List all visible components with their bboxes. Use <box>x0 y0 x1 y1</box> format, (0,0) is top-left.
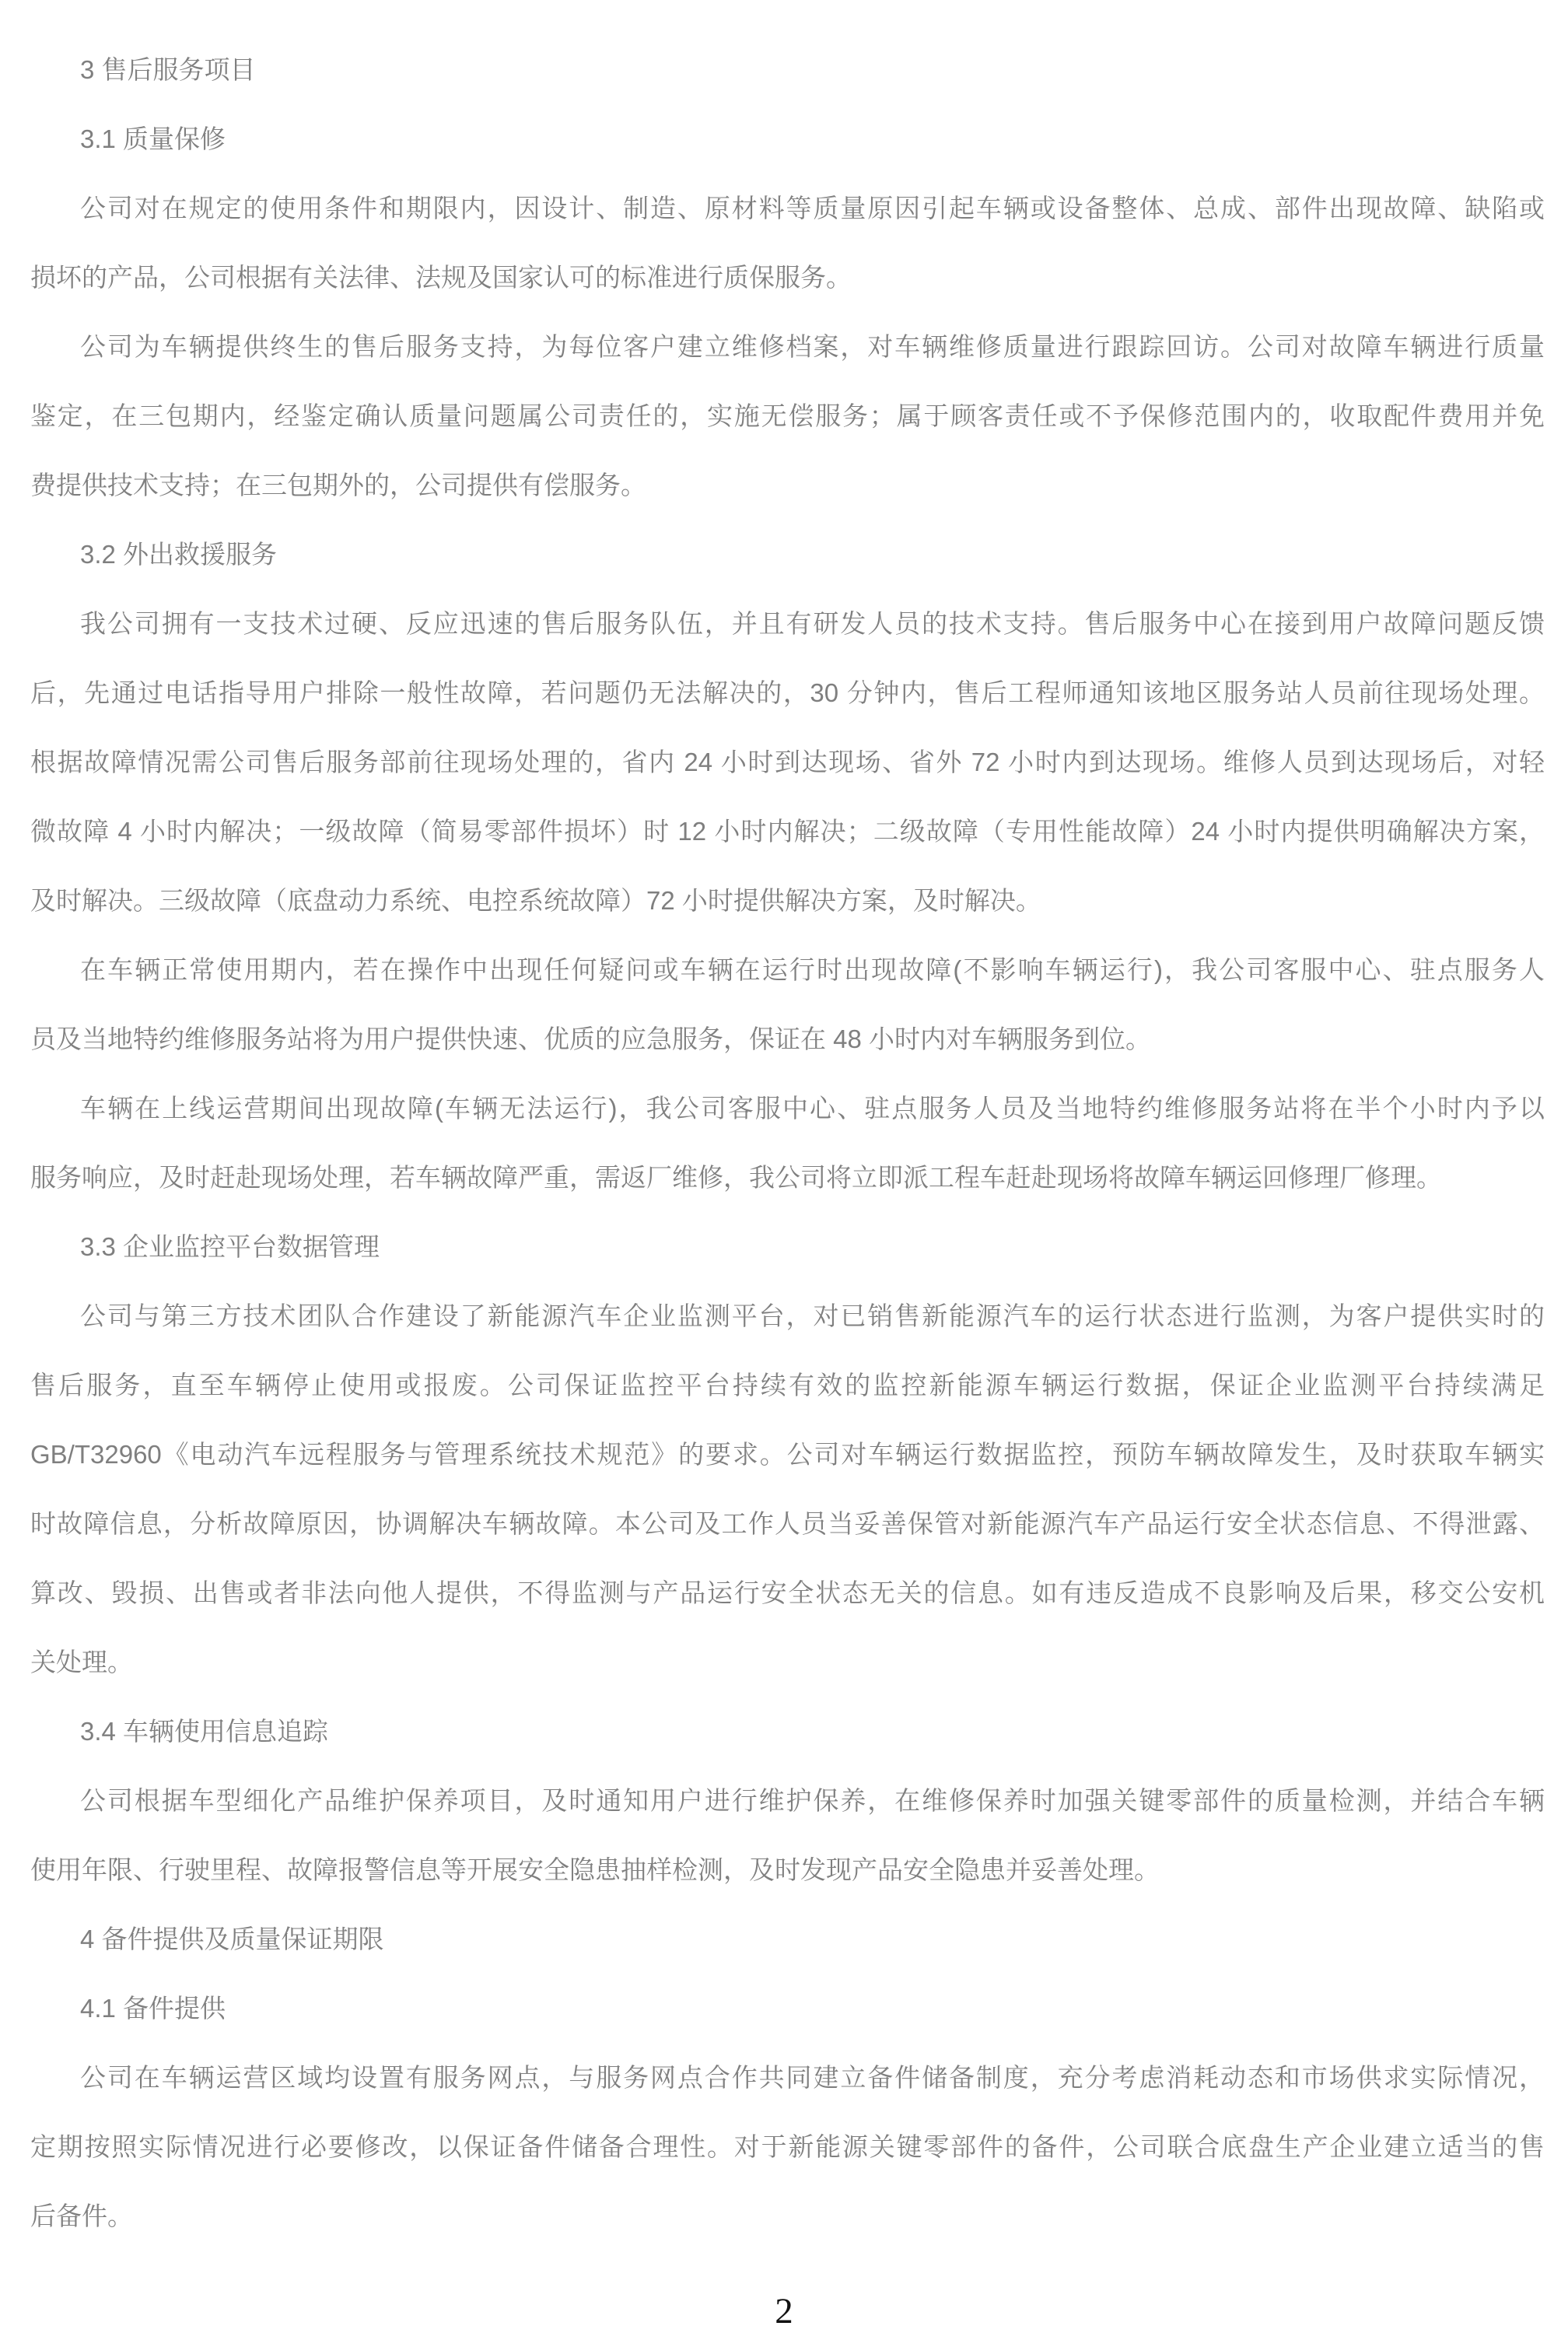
paragraph-line: 后，先通过电话指导用户排除一般性故障，若问题仍无法解决的，30 分钟内，售后工程… <box>30 658 1545 727</box>
paragraph-line: 鉴定，在三包期内，经鉴定确认质量问题属公司责任的，实施无偿服务；属于顾客责任或不… <box>30 381 1545 450</box>
section-heading: 3 售后服务项目 <box>30 35 1545 104</box>
paragraph-line: 公司为车辆提供终生的售后服务支持，为每位客户建立维修档案，对车辆维修质量进行跟踪… <box>30 312 1545 381</box>
section-heading: 3.4 车辆使用信息追踪 <box>30 1697 1545 1766</box>
section-heading: 4 备件提供及质量保证期限 <box>30 1904 1545 1974</box>
paragraph-line: 公司根据车型细化产品维护保养项目，及时通知用户进行维护保养，在维修保养时加强关键… <box>30 1766 1545 1835</box>
section-heading: 3.3 企业监控平台数据管理 <box>30 1212 1545 1281</box>
paragraph-line: 公司在车辆运营区域均设置有服务网点，与服务网点合作共同建立备件储备制度，充分考虑… <box>30 2043 1545 2112</box>
paragraph-line: 在车辆正常使用期内，若在操作中出现任何疑问或车辆在运行时出现故障(不影响车辆运行… <box>30 935 1545 1004</box>
document-page: 3 售后服务项目 3.1 质量保修 公司对在规定的使用条件和期限内，因设计、制造… <box>0 0 1568 2347</box>
section-heading: 3.1 质量保修 <box>30 104 1545 173</box>
paragraph-line: 车辆在上线运营期间出现故障(车辆无法运行)，我公司客服中心、驻点服务人员及当地特… <box>30 1074 1545 1143</box>
paragraph-line: 费提供技术支持；在三包期外的，公司提供有偿服务。 <box>30 450 1545 520</box>
paragraph-line: 根据故障情况需公司售后服务部前往现场处理的，省内 24 小时到达现场、省外 72… <box>30 727 1545 797</box>
paragraph-line: 我公司拥有一支技术过硬、反应迅速的售后服务队伍，并且有研发人员的技术支持。售后服… <box>30 589 1545 658</box>
document-body: 3 售后服务项目 3.1 质量保修 公司对在规定的使用条件和期限内，因设计、制造… <box>30 35 1545 2251</box>
paragraph-line: 时故障信息，分析故障原因，协调解决车辆故障。本公司及工作人员当妥善保管对新能源汽… <box>30 1489 1545 1558</box>
paragraph-line: 定期按照实际情况进行必要修改，以保证备件储备合理性。对于新能源关键零部件的备件，… <box>30 2112 1545 2181</box>
page-number: 2 <box>0 2293 1568 2330</box>
section-heading: 3.2 外出救援服务 <box>30 520 1545 589</box>
paragraph-line: 使用年限、行驶里程、故障报警信息等开展安全隐患抽样检测，及时发现产品安全隐患并妥… <box>30 1835 1545 1904</box>
paragraph-line: 后备件。 <box>30 2181 1545 2251</box>
paragraph-line: 算改、毁损、出售或者非法向他人提供，不得监测与产品运行安全状态无关的信息。如有违… <box>30 1558 1545 1627</box>
paragraph-line: 损坏的产品，公司根据有关法律、法规及国家认可的标准进行质保服务。 <box>30 243 1545 312</box>
paragraph-line: 服务响应，及时赶赴现场处理，若车辆故障严重，需返厂维修，我公司将立即派工程车赶赴… <box>30 1143 1545 1212</box>
paragraph-line: 关处理。 <box>30 1627 1545 1697</box>
section-heading: 4.1 备件提供 <box>30 1974 1545 2043</box>
paragraph-line: 微故障 4 小时内解决；一级故障（简易零部件损坏）时 12 小时内解决；二级故障… <box>30 797 1545 866</box>
paragraph-line: 售后服务，直至车辆停止使用或报废。公司保证监控平台持续有效的监控新能源车辆运行数… <box>30 1350 1545 1420</box>
paragraph-line: GB/T32960《电动汽车远程服务与管理系统技术规范》的要求。公司对车辆运行数… <box>30 1420 1545 1489</box>
paragraph-line: 及时解决。三级故障（底盘动力系统、电控系统故障）72 小时提供解决方案，及时解决… <box>30 866 1545 935</box>
paragraph-line: 员及当地特约维修服务站将为用户提供快速、优质的应急服务，保证在 48 小时内对车… <box>30 1004 1545 1074</box>
paragraph-line: 公司与第三方技术团队合作建设了新能源汽车企业监测平台，对已销售新能源汽车的运行状… <box>30 1281 1545 1350</box>
paragraph-line: 公司对在规定的使用条件和期限内，因设计、制造、原材料等质量原因引起车辆或设备整体… <box>30 173 1545 243</box>
